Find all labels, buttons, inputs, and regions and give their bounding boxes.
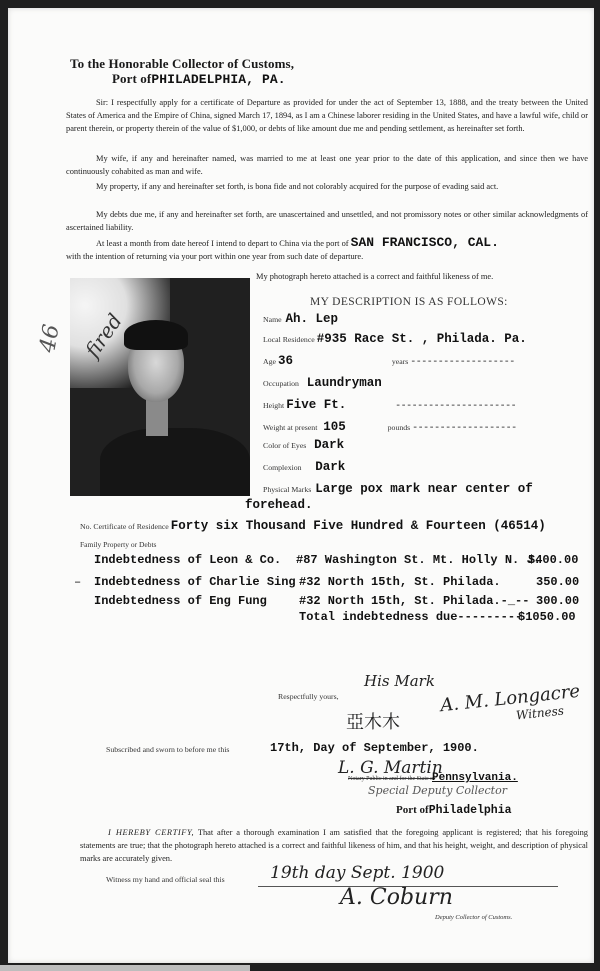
total-indebtedness: Total indebtedness due--------- [299, 610, 522, 624]
salutation: To the Honorable Collector of Customs, P… [70, 56, 294, 87]
notary-signature: L. G. Martin [338, 758, 443, 778]
debt-row: Indebtedness of Eng Fung [94, 594, 267, 608]
field-age: Age 36 years ------------------- [263, 354, 515, 368]
port-prefix: Port of [112, 71, 151, 86]
debt-row: Indebtedness of Leon & Co. [94, 553, 281, 567]
paragraph-application: Sir: I respectfully apply for a certific… [66, 96, 588, 136]
debt-address: #32 North 15th, St. Philada. [299, 575, 501, 589]
paragraph-debts: My debts due me, if any and hereinafter … [66, 208, 588, 234]
age-value: 36 [278, 354, 293, 368]
notary-struck-text: Notary Public in and for the State of [348, 776, 435, 782]
debt-address: #32 North 15th, St. Philada.-_-- [299, 594, 529, 608]
height-value: Five Ft. [286, 398, 346, 412]
certificate-of-residence: No. Certificate of Residence Forty six T… [80, 519, 546, 533]
physical-marks-cont: forehead. [245, 498, 313, 512]
applicant-name: Ah. Lep [286, 312, 339, 326]
margin-handwriting: 46 [35, 323, 64, 355]
weight-value: 105 [323, 420, 346, 434]
respectfully-yours: Respectfully yours, [278, 692, 339, 701]
collector-title: Deputy Collector of Customs. [435, 914, 512, 921]
field-physical-marks: Physical Marks Large pox mark near cente… [263, 482, 533, 496]
family-property-label: Family Property or Debts [80, 540, 156, 549]
port-value: PHILADELPHIA, PA. [151, 72, 285, 87]
paragraph-property: My property, if any and hereinafter set … [66, 180, 588, 193]
debt-amount: 350.00 [536, 575, 579, 589]
field-complexion: Complexion Dark [263, 460, 345, 474]
sworn-date: 17th, Day of September, 1900. [270, 741, 479, 755]
port-line: Port ofPHILADELPHIA, PA. [70, 71, 294, 87]
salutation-line: To the Honorable Collector of Customs, [70, 56, 294, 71]
certification-paragraph: I HEREBY CERTIFY, That after a thorough … [80, 826, 588, 866]
debt-amount: 300.00 [536, 594, 579, 608]
paragraph-photograph: My photograph hereto attached is a corre… [256, 270, 586, 283]
sworn-label: Subscribed and sworn to before me this [106, 745, 229, 754]
his-mark-handwriting: His Mark [364, 672, 435, 690]
sworn-port: Port ofPhiladelphia [396, 804, 512, 817]
description-title: MY DESCRIPTION IS AS FOLLOWS: [310, 296, 508, 308]
debt-row: Indebtedness of Charlie Sing [94, 575, 296, 589]
residence-value: #935 Race St. , Philada. Pa. [317, 332, 527, 346]
certificate-of-departure-document: To the Honorable Collector of Customs, P… [8, 8, 594, 963]
notary-title-handwriting: Special Deputy Collector [368, 784, 507, 797]
departure-port: SAN FRANCISCO, CAL. [351, 235, 499, 250]
paragraph-wife: My wife, if any and hereinafter named, w… [66, 152, 588, 178]
field-height: Height Five Ft. ---------------------- [263, 398, 516, 412]
paragraph-departure: At least a month from date hereof I inte… [66, 236, 588, 263]
certificate-number: Forty six Thousand Five Hundred & Fourte… [171, 519, 546, 533]
scan-edge [0, 965, 250, 971]
eyes-value: Dark [314, 438, 344, 452]
debt-address: #87 Washington St. Mt. Holly N. J. [296, 553, 541, 567]
field-eyes: Color of Eyes Dark [263, 438, 344, 452]
complexion-value: Dark [315, 460, 345, 474]
field-name: Name Ah. Lep [263, 312, 338, 326]
witness-seal-label: Witness my hand and official seal this [106, 875, 225, 884]
debt-amount: $400.00 [528, 553, 578, 567]
state-value: Pennsylvania. [432, 772, 518, 784]
field-weight: Weight at present 105 pounds -----------… [263, 420, 517, 434]
chinese-signature-mark: 亞木木 [346, 708, 400, 734]
total-amount: $1050.00 [518, 610, 576, 624]
occupation-value: Laundryman [307, 376, 382, 390]
certify-lead: I HEREBY CERTIFY, [108, 828, 194, 837]
physical-marks-value: Large pox mark near center of [315, 482, 533, 496]
applicant-photograph: fired [70, 278, 250, 496]
witness-date-handwriting: 19th day Sept. 1900 [270, 863, 444, 883]
collector-signature: A. Coburn [340, 885, 453, 910]
field-occupation: Occupation Laundryman [263, 376, 382, 390]
field-residence: Local Residence #935 Race St. , Philada.… [263, 332, 527, 346]
